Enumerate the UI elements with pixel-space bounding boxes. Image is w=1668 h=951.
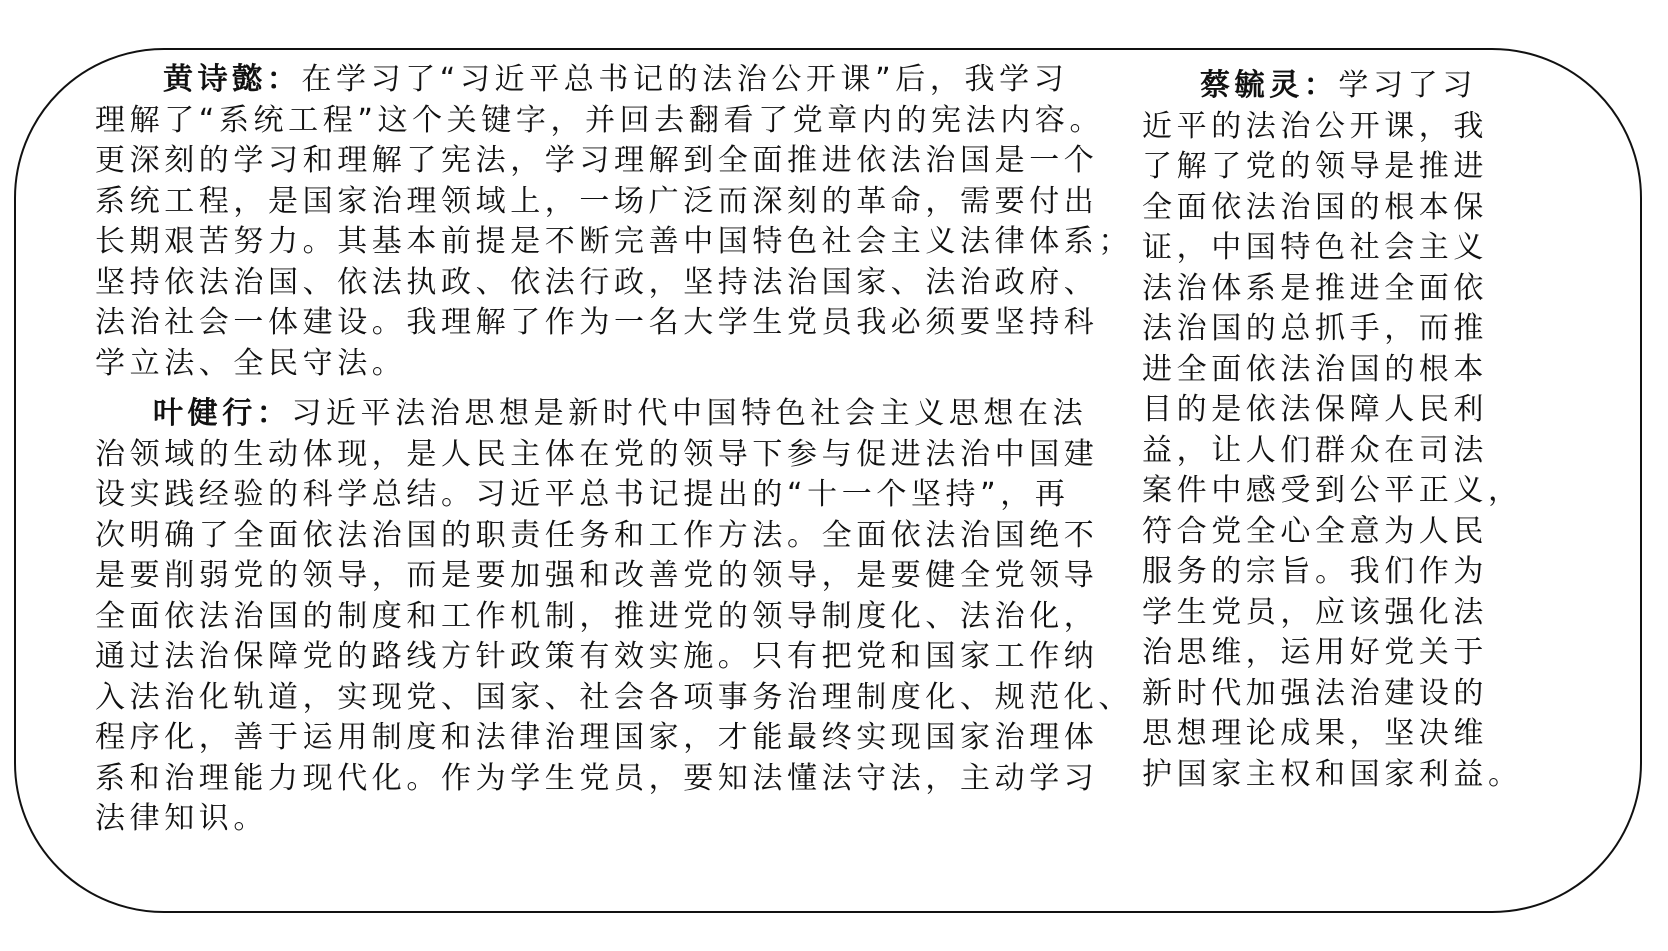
- text-line: 法律知识。: [95, 799, 1133, 840]
- text-line: 思想理论成果，坚决维: [1142, 714, 1523, 755]
- text-line: 通过法治保障党的路线方针政策有效实施。只有把党和国家工作纳: [95, 637, 1133, 678]
- text-line: 服务的宗旨。我们作为: [1142, 552, 1523, 593]
- text-line: 符合党全心全意为人民: [1142, 512, 1523, 553]
- text-line: 理解了“系统工程”这个关键字，并回去翻看了党章内的宪法内容。: [95, 101, 1133, 142]
- right-column: 蔡毓灵：学习了习 近平的法治公开课，我 了解了党的领导是推进 全面依法治国的根本…: [1142, 66, 1523, 795]
- left-column: 黄诗懿：在学习了“习近平总书记的法治公开课”后，我学习 理解了“系统工程”这个关…: [95, 60, 1133, 840]
- text-line: 新时代加强法治建设的: [1142, 674, 1523, 715]
- text-line: 全面依法治国的制度和工作机制，推进党的领导制度化、法治化，: [95, 597, 1133, 638]
- text-line: 法治体系是推进全面依: [1142, 269, 1523, 310]
- text-line: 长期艰苦努力。其基本前提是不断完善中国特色社会主义法律体系；: [95, 222, 1133, 263]
- text-line: 学立法、全民守法。: [95, 344, 1133, 385]
- text-line: 案件中感受到公平正义，: [1142, 471, 1523, 512]
- text-line: 了解了党的领导是推进: [1142, 147, 1523, 188]
- text-line: 目的是依法保障人民利: [1142, 390, 1523, 431]
- text-line: 全面依法治国的根本保: [1142, 188, 1523, 229]
- paragraph-cai-yuling: 蔡毓灵：学习了习 近平的法治公开课，我 了解了党的领导是推进 全面依法治国的根本…: [1142, 66, 1523, 795]
- text-line: 学生党员，应该强化法: [1142, 593, 1523, 634]
- text-line: 证，中国特色社会主义: [1142, 228, 1523, 269]
- text-line: 法治社会一体建设。我理解了作为一名大学生党员我必须要坚持科: [95, 303, 1133, 344]
- text-line: 进全面依法治国的根本: [1142, 350, 1523, 391]
- text-line: 系和治理能力现代化。作为学生党员，要知法懂法守法，主动学习: [95, 759, 1133, 800]
- text-line: 坚持依法治国、依法执政、依法行政，坚持法治国家、法治政府、: [95, 263, 1133, 304]
- text-line: 治思维，运用好党关于: [1142, 633, 1523, 674]
- text-line: 叶健行：习近平法治思想是新时代中国特色社会主义思想在法: [95, 394, 1133, 435]
- text-line: 益，让人们群众在司法: [1142, 431, 1523, 472]
- text-line: 黄诗懿：在学习了“习近平总书记的法治公开课”后，我学习: [95, 60, 1133, 101]
- text-line: 是要削弱党的领导，而是要加强和改善党的领导，是要健全党领导: [95, 556, 1133, 597]
- paragraph-huang-shiyi: 黄诗懿：在学习了“习近平总书记的法治公开课”后，我学习 理解了“系统工程”这个关…: [95, 60, 1133, 384]
- text-line: 系统工程，是国家治理领域上，一场广泛而深刻的革命，需要付出: [95, 182, 1133, 223]
- speaker-name: 蔡毓灵：: [1200, 68, 1338, 103]
- text-line: 次明确了全面依法治国的职责任务和工作方法。全面依法治国绝不: [95, 516, 1133, 557]
- speaker-name: 黄诗懿：: [163, 62, 301, 97]
- text-fragment: 学习了习: [1338, 68, 1476, 103]
- text-fragment: 习近平法治思想是新时代中国特色社会主义思想在法: [291, 396, 1087, 431]
- text-line: 近平的法治公开课，我: [1142, 107, 1523, 148]
- speaker-name: 叶健行：: [153, 396, 291, 431]
- text-line: 护国家主权和国家利益。: [1142, 755, 1523, 796]
- text-line: 入法治化轨道，实现党、国家、社会各项事务治理制度化、规范化、: [95, 678, 1133, 719]
- text-line: 设实践经验的科学总结。习近平总书记提出的“十一个坚持”，再: [95, 475, 1133, 516]
- text-line: 法治国的总抓手，而推: [1142, 309, 1523, 350]
- text-fragment: 在学习了“习近平总书记的法治公开课”后，我学习: [301, 62, 1068, 97]
- text-line: 治领域的生动体现，是人民主体在党的领导下参与促进法治中国建: [95, 435, 1133, 476]
- text-line: 程序化，善于运用制度和法律治理国家，才能最终实现国家治理体: [95, 718, 1133, 759]
- text-line: 蔡毓灵：学习了习: [1142, 66, 1523, 107]
- text-line: 更深刻的学习和理解了宪法，学习理解到全面推进依法治国是一个: [95, 141, 1133, 182]
- paragraph-ye-jianxing: 叶健行：习近平法治思想是新时代中国特色社会主义思想在法 治领域的生动体现，是人民…: [95, 394, 1133, 840]
